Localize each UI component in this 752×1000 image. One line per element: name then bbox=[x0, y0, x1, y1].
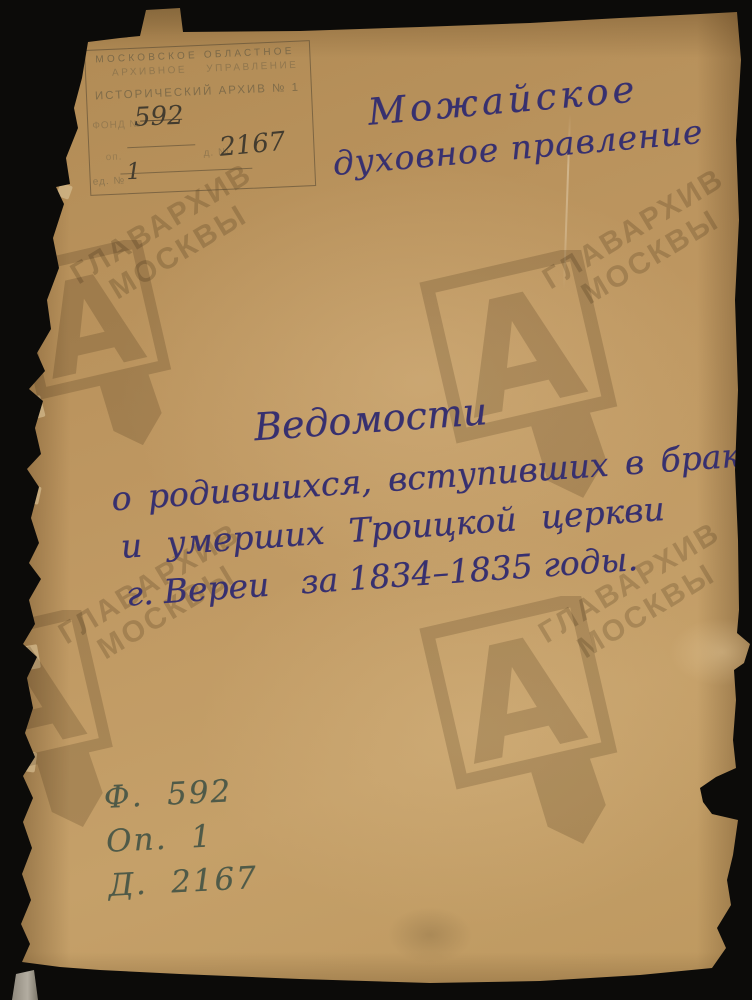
handwritten-title: Ведомости о родившихся, вступивших в бра… bbox=[106, 377, 679, 620]
torn-edge-fleck bbox=[28, 485, 42, 505]
code-opis: Оп. 1 bbox=[105, 812, 257, 864]
stamp-delo-value: 2167 bbox=[218, 127, 287, 163]
folder-cover-paper: А ГЛАВАРХИВ МОСКВЫ А ГЛАВАРХИВ МОСКВЫ А bbox=[0, 0, 752, 1000]
watermark-text: ГЛАВАРХИВ МОСКВЫ bbox=[514, 148, 752, 338]
stamp-opis-label: оп. bbox=[105, 151, 122, 163]
code-fond: Ф. 592 bbox=[103, 768, 255, 820]
stamp-fond-value: 592 bbox=[133, 101, 184, 133]
torn-edge-fleck bbox=[56, 182, 73, 200]
torn-edge-nub bbox=[141, 8, 183, 36]
scanned-archive-cover: А ГЛАВАРХИВ МОСКВЫ А ГЛАВАРХИВ МОСКВЫ А bbox=[0, 0, 752, 1000]
handwritten-heading: Можайское духовное правление bbox=[326, 61, 683, 187]
archival-code: Ф. 592 Оп. 1 Д. 2167 bbox=[103, 768, 259, 908]
code-delo: Д. 2167 bbox=[107, 856, 259, 908]
stamp-fill-line bbox=[127, 144, 195, 148]
stamp-ed-label: ед. № bbox=[93, 175, 126, 187]
archive-stamp: МОСКОВСКОЕ ОБЛАСТНОЕ АРХИВНОЕ УПРАВЛЕНИЕ… bbox=[84, 40, 316, 196]
stamp-org-line3: ИСТОРИЧЕСКИЙ АРХИВ № 1 bbox=[95, 82, 301, 103]
under-page-sliver bbox=[12, 970, 38, 1000]
